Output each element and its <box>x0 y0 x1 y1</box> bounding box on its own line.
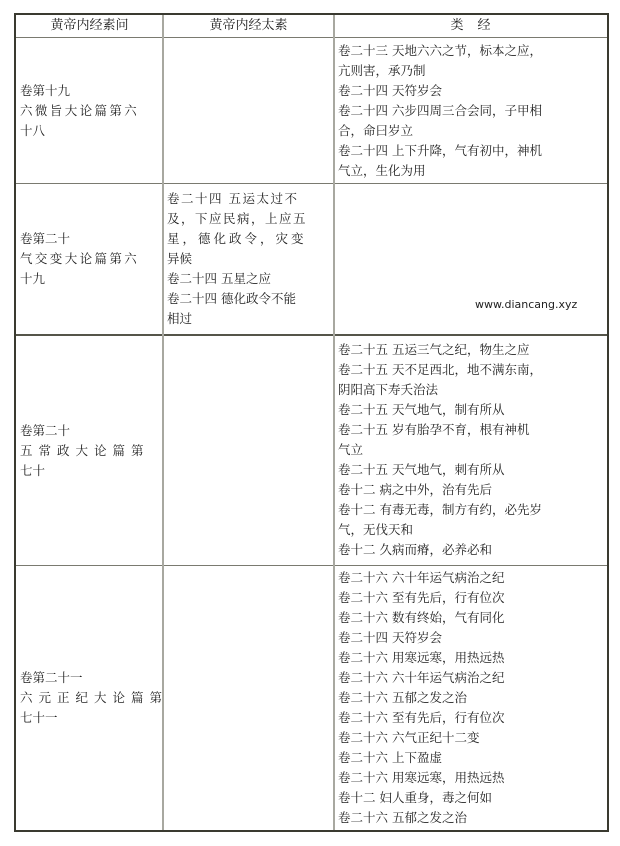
cell-line: 卷二十六 至有先后，行有位次 <box>338 708 606 728</box>
table-row: 卷第二十 五常政大论篇第 七十 卷二十五 五运三气之纪，物生之应 卷二十五 天不… <box>16 336 607 566</box>
header-suwen: 黄帝内经素问 <box>16 15 163 37</box>
cell-line: 卷二十四 五运太过不 <box>167 189 332 209</box>
column-divider <box>333 15 335 830</box>
cell-line: 卷二十四 天符岁会 <box>338 628 606 648</box>
cell-line: 卷二十四 上下升降，气有初中，神机 <box>338 141 606 161</box>
cell-line: 卷二十六 数有终始，气有同化 <box>338 608 606 628</box>
cell-line: 七十 <box>20 461 160 481</box>
cell-leijing: 卷二十六 六十年运气病治之纪 卷二十六 至有先后，行有位次 卷二十六 数有终始，… <box>338 566 606 830</box>
cell-line: 卷二十六 上下盈虚 <box>338 748 606 768</box>
cell-line: 十九 <box>20 269 160 289</box>
cell-suwen: 卷第二十 气交变大论篇第六 十九 <box>20 184 160 334</box>
comparison-table: 黄帝内经素问 黄帝内经太素 类经 卷第十九 六微旨大论篇第六 十八 卷二十三 天… <box>14 13 609 832</box>
cell-leijing: 卷二十三 天地六六之节，标本之应， 亢则害，承乃制 卷二十四 天符岁会 卷二十四… <box>338 38 606 183</box>
cell-line: 七十一 <box>20 708 160 728</box>
cell-line: 卷二十六 六气正纪十二变 <box>338 728 606 748</box>
cell-line: 气交变大论篇第六 <box>20 249 160 269</box>
cell-line: 卷第十九 <box>20 81 160 101</box>
column-divider <box>162 15 164 830</box>
cell-line: 卷二十四 五星之应 <box>167 269 332 289</box>
cell-line: 气立，生化为用 <box>338 161 606 181</box>
cell-line: 卷二十四 天符岁会 <box>338 81 606 101</box>
cell-line: 卷二十六 五郁之发之治 <box>338 808 606 828</box>
cell-line: 亢则害，承乃制 <box>338 61 606 81</box>
cell-line: 星，德化政令，灾变 <box>167 229 332 249</box>
table-row: 卷第十九 六微旨大论篇第六 十八 卷二十三 天地六六之节，标本之应， 亢则害，承… <box>16 38 607 184</box>
cell-line: 卷二十六 至有先后，行有位次 <box>338 588 606 608</box>
cell-line: 卷十二 久病而瘠，必养必和 <box>338 540 606 560</box>
cell-line: 卷十二 病之中外，治有先后 <box>338 480 606 500</box>
cell-line: 卷二十六 六十年运气病治之纪 <box>338 668 606 688</box>
cell-line: 卷二十五 天不足西北，地不满东南， <box>338 360 606 380</box>
cell-line: 卷二十六 用寒远寒，用热远热 <box>338 648 606 668</box>
cell-taisu: 卷二十四 五运太过不 及，下应民病，上应五 星，德化政令，灾变 异候 卷二十四 … <box>167 184 332 334</box>
cell-line: 合，命曰岁立 <box>338 121 606 141</box>
cell-line: 六微旨大论篇第六 <box>20 101 160 121</box>
cell-line: 卷二十三 天地六六之节，标本之应， <box>338 41 606 61</box>
cell-line: 卷二十五 天气地气，制有所从 <box>338 400 606 420</box>
cell-line: 及，下应民病，上应五 <box>167 209 332 229</box>
cell-line: 卷十二 有毒无毒，制方有约，必先岁 <box>338 500 606 520</box>
cell-line: 卷二十五 五运三气之纪，物生之应 <box>338 340 606 360</box>
cell-line: 卷二十四 德化政令不能 <box>167 289 332 309</box>
cell-line: 气立 <box>338 440 606 460</box>
cell-line: 卷第二十 <box>20 229 160 249</box>
cell-line: 卷二十六 五郁之发之治 <box>338 688 606 708</box>
cell-line: 异候 <box>167 249 332 269</box>
cell-line: 相过 <box>167 309 332 329</box>
cell-line: 卷二十四 六步四周三合会同，子甲相 <box>338 101 606 121</box>
watermark: www.diancang.xyz <box>475 298 577 311</box>
cell-line: 卷二十六 六十年运气病治之纪 <box>338 568 606 588</box>
table-row: 卷第二十 气交变大论篇第六 十九 卷二十四 五运太过不 及，下应民病，上应五 星… <box>16 184 607 336</box>
cell-line: 阴阳高下寿夭治法 <box>338 380 606 400</box>
cell-line: 卷十二 妇人重身，毒之何如 <box>338 788 606 808</box>
cell-suwen: 卷第十九 六微旨大论篇第六 十八 <box>20 38 160 183</box>
cell-suwen: 卷第二十 五常政大论篇第 七十 <box>20 336 160 565</box>
table-header: 黄帝内经素问 黄帝内经太素 类经 <box>16 15 607 38</box>
cell-line: 卷第二十一 <box>20 668 160 688</box>
cell-suwen: 卷第二十一 六元正纪大论篇第 七十一 <box>20 566 160 830</box>
header-taisu: 黄帝内经太素 <box>163 15 334 37</box>
cell-line: 卷二十六 用寒远寒，用热远热 <box>338 768 606 788</box>
cell-leijing: 卷二十五 五运三气之纪，物生之应 卷二十五 天不足西北，地不满东南， 阴阳高下寿… <box>338 336 606 565</box>
cell-line: 气，无伐天和 <box>338 520 606 540</box>
cell-line: 卷二十五 岁有胎孕不育，根有神机 <box>338 420 606 440</box>
table-row: 卷第二十一 六元正纪大论篇第 七十一 卷二十六 六十年运气病治之纪 卷二十六 至… <box>16 566 607 830</box>
cell-line: 卷二十五 天气地气，刺有所从 <box>338 460 606 480</box>
cell-line: 六元正纪大论篇第 <box>20 688 160 708</box>
cell-line: 十八 <box>20 121 160 141</box>
header-leijing: 类经 <box>334 15 607 37</box>
cell-line: 卷第二十 <box>20 421 160 441</box>
cell-line: 五常政大论篇第 <box>20 441 160 461</box>
